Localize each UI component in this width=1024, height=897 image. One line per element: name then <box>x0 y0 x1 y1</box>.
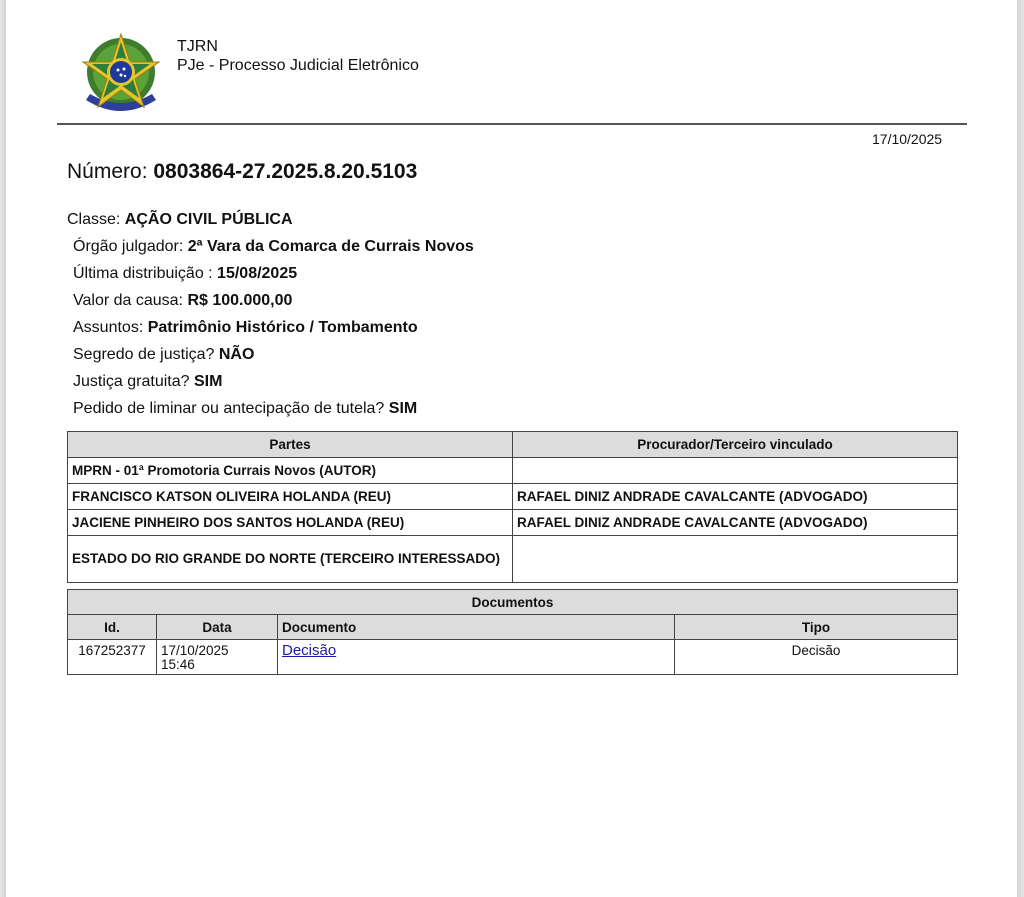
document-type-cell: Decisão <box>675 640 958 675</box>
field-justica-gratuita: Justiça gratuita? SIM <box>67 371 474 398</box>
column-header-data: Data <box>157 615 278 640</box>
field-label: Pedido de liminar ou antecipação de tute… <box>73 400 389 417</box>
table-row: MPRN - 01ª Promotoria Currais Novos (AUT… <box>68 458 958 484</box>
process-number-label: Número: <box>67 160 148 183</box>
field-orgao-julgador: Órgão julgador: 2ª Vara da Comarca de Cu… <box>67 236 474 263</box>
column-header-documento: Documento <box>278 615 675 640</box>
procurador-cell <box>513 536 958 583</box>
field-value: R$ 100.000,00 <box>187 292 292 309</box>
procurador-cell <box>513 458 958 484</box>
document-id-cell: 167252377 <box>68 640 157 675</box>
print-date: 17/10/2025 <box>872 131 942 147</box>
brazil-coat-of-arms-icon <box>78 30 164 120</box>
field-value: NÃO <box>219 346 255 363</box>
field-label: Órgão julgador: <box>73 238 188 255</box>
field-value: AÇÃO CIVIL PÚBLICA <box>125 211 293 228</box>
viewer-frame-right <box>1017 0 1024 897</box>
field-classe: Classe: AÇÃO CIVIL PÚBLICA <box>67 209 474 236</box>
field-label: Valor da causa: <box>73 292 187 309</box>
field-label: Classe: <box>67 211 125 228</box>
partes-header-row: Partes Procurador/Terceiro vinculado <box>68 432 958 458</box>
process-number: Número: 0803864-27.2025.8.20.5103 <box>67 160 417 184</box>
field-value: SIM <box>389 400 417 417</box>
field-value: SIM <box>194 373 222 390</box>
column-header-id: Id. <box>68 615 157 640</box>
parte-cell: JACIENE PINHEIRO DOS SANTOS HOLANDA (REU… <box>68 510 513 536</box>
field-value: 15/08/2025 <box>217 265 297 282</box>
viewer-frame-left <box>0 0 6 897</box>
field-value: Patrimônio Histórico / Tombamento <box>148 319 418 336</box>
field-assuntos: Assuntos: Patrimônio Histórico / Tombame… <box>67 317 474 344</box>
document-name-cell: Decisão <box>278 640 675 675</box>
system-name: PJe - Processo Judicial Eletrônico <box>177 57 419 75</box>
document-time: 15:46 <box>161 658 273 672</box>
field-label: Última distribuição : <box>73 265 217 282</box>
partes-table: Partes Procurador/Terceiro vinculado MPR… <box>67 431 958 583</box>
documentos-table: Documentos Id. Data Documento Tipo 16725… <box>67 589 958 675</box>
field-label: Justiça gratuita? <box>73 373 194 390</box>
process-fields: Classe: AÇÃO CIVIL PÚBLICA Órgão julgado… <box>67 209 474 425</box>
table-row: ESTADO DO RIO GRANDE DO NORTE (TERCEIRO … <box>68 536 958 583</box>
process-number-value: 0803864-27.2025.8.20.5103 <box>153 160 417 183</box>
field-segredo-justica: Segredo de justiça? NÃO <box>67 344 474 371</box>
table-row: 167252377 17/10/2025 15:46 Decisão Decis… <box>68 640 958 675</box>
document-link-decisao[interactable]: Decisão <box>282 642 336 659</box>
parte-cell: FRANCISCO KATSON OLIVEIRA HOLANDA (REU) <box>68 484 513 510</box>
field-value: 2ª Vara da Comarca de Currais Novos <box>188 238 474 255</box>
documentos-title: Documentos <box>68 590 958 615</box>
documentos-header-row: Id. Data Documento Tipo <box>68 615 958 640</box>
field-pedido-liminar: Pedido de liminar ou antecipação de tute… <box>67 398 474 425</box>
field-valor-causa: Valor da causa: R$ 100.000,00 <box>67 290 474 317</box>
field-ultima-distribuicao: Última distribuição : 15/08/2025 <box>67 263 474 290</box>
column-header-procurador: Procurador/Terceiro vinculado <box>513 432 958 458</box>
parte-cell: ESTADO DO RIO GRANDE DO NORTE (TERCEIRO … <box>68 536 513 583</box>
document-date-cell: 17/10/2025 15:46 <box>157 640 278 675</box>
organization-name: TJRN <box>177 38 218 56</box>
header-divider <box>57 123 967 125</box>
table-row: JACIENE PINHEIRO DOS SANTOS HOLANDA (REU… <box>68 510 958 536</box>
column-header-partes: Partes <box>68 432 513 458</box>
document-date: 17/10/2025 <box>161 644 273 658</box>
parte-cell: MPRN - 01ª Promotoria Currais Novos (AUT… <box>68 458 513 484</box>
table-row: FRANCISCO KATSON OLIVEIRA HOLANDA (REU) … <box>68 484 958 510</box>
column-header-tipo: Tipo <box>675 615 958 640</box>
field-label: Segredo de justiça? <box>73 346 219 363</box>
documentos-title-row: Documentos <box>68 590 958 615</box>
procurador-cell: RAFAEL DINIZ ANDRADE CAVALCANTE (ADVOGAD… <box>513 484 958 510</box>
procurador-cell: RAFAEL DINIZ ANDRADE CAVALCANTE (ADVOGAD… <box>513 510 958 536</box>
field-label: Assuntos: <box>73 319 148 336</box>
